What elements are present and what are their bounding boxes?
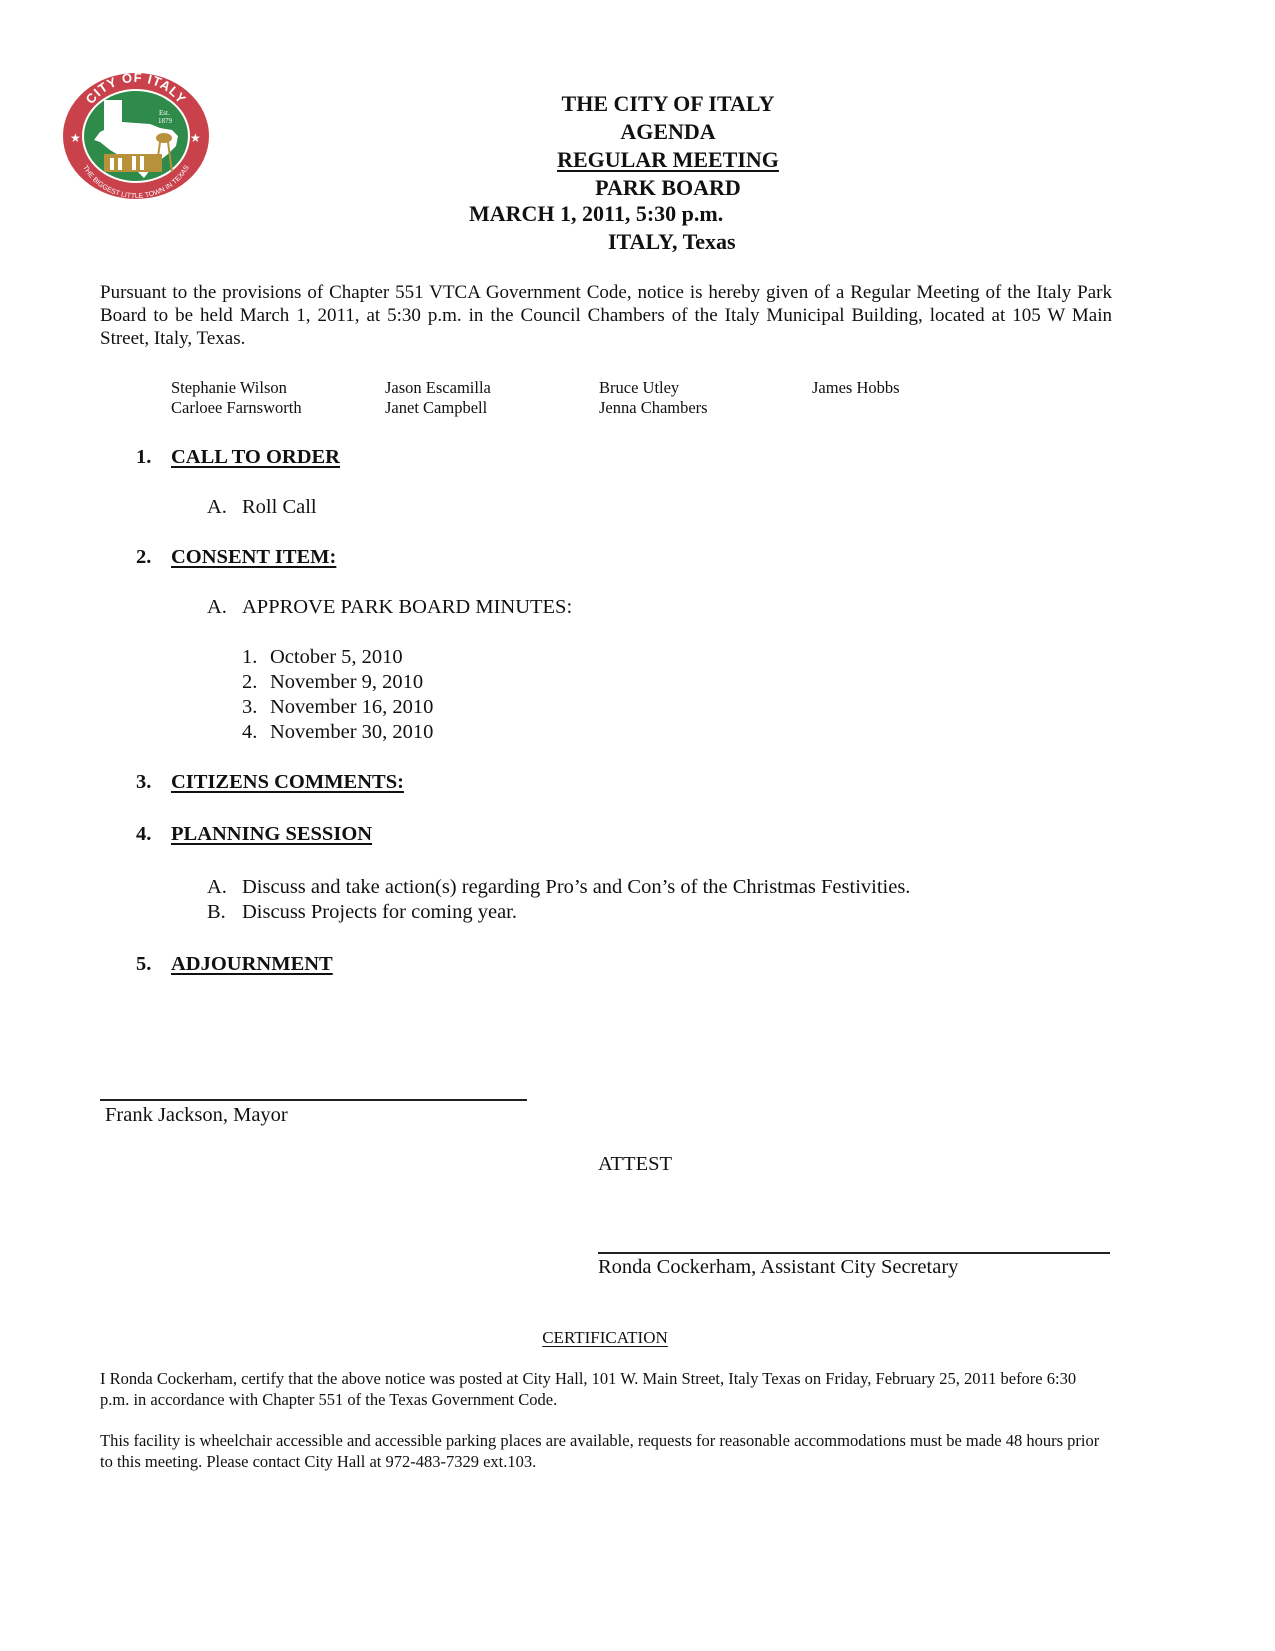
svg-text:Est.: Est. (159, 109, 170, 117)
header-agenda: AGENDA (468, 118, 868, 146)
date-number: 4. (242, 721, 257, 744)
certification-title: CERTIFICATION (405, 1328, 805, 1348)
section-title-consent-item: CONSENT ITEM: (171, 546, 336, 569)
star-icon: ★ (70, 131, 81, 145)
svg-text:1879: 1879 (158, 117, 173, 125)
date-number: 3. (242, 696, 257, 719)
item-letter: A. (207, 496, 227, 519)
attest-label: ATTEST (598, 1153, 672, 1176)
section-number: 5. (136, 953, 151, 976)
certification-text: I Ronda Cockerham, certify that the abov… (100, 1368, 1100, 1410)
item-projects: Discuss Projects for coming year. (242, 901, 517, 924)
header-board: PARK BOARD (468, 174, 868, 202)
item-letter: A. (207, 596, 227, 619)
minutes-date: November 16, 2010 (270, 696, 433, 719)
date-number: 2. (242, 671, 257, 694)
header-location: ITALY, Texas (608, 228, 736, 256)
section-title-citizens-comments: CITIZENS COMMENTS: (171, 771, 404, 794)
accessibility-notice: This facility is wheelchair accessible a… (100, 1430, 1105, 1472)
member-name: Jenna Chambers (599, 398, 708, 418)
section-number: 3. (136, 771, 151, 794)
mayor-signature-line (100, 1099, 527, 1101)
section-title-planning-session: PLANNING SESSION (171, 823, 372, 846)
city-seal-logo: Est. 1879 CITY OF ITALY THE BIGGEST LITT… (60, 70, 212, 202)
header-meeting-type: REGULAR MEETING (468, 146, 868, 174)
minutes-date: November 30, 2010 (270, 721, 433, 744)
star-icon: ★ (190, 131, 201, 145)
item-roll-call: Roll Call (242, 496, 317, 519)
mayor-name: Frank Jackson, Mayor (105, 1104, 288, 1127)
member-name: James Hobbs (812, 378, 900, 398)
secretary-name: Ronda Cockerham, Assistant City Secretar… (598, 1256, 958, 1279)
section-title-call-to-order: CALL TO ORDER (171, 446, 340, 469)
header-city: THE CITY OF ITALY (468, 90, 868, 118)
date-number: 1. (242, 646, 257, 669)
header-date: MARCH 1, 2011, 5:30 p.m. (469, 200, 723, 228)
member-name: Jason Escamilla (385, 378, 491, 398)
item-letter: B. (207, 901, 226, 924)
item-approve-minutes: APPROVE PARK BOARD MINUTES: (242, 596, 572, 619)
member-name: Carloee Farnsworth (171, 398, 302, 418)
member-name: Stephanie Wilson (171, 378, 287, 398)
minutes-date: October 5, 2010 (270, 646, 403, 669)
section-number: 1. (136, 446, 151, 469)
secretary-signature-line (598, 1252, 1110, 1254)
minutes-date: November 9, 2010 (270, 671, 423, 694)
intro-paragraph: Pursuant to the provisions of Chapter 55… (100, 281, 1112, 350)
item-letter: A. (207, 876, 227, 899)
section-number: 2. (136, 546, 151, 569)
member-name: Janet Campbell (385, 398, 487, 418)
section-number: 4. (136, 823, 151, 846)
member-name: Bruce Utley (599, 378, 679, 398)
item-christmas-festivities: Discuss and take action(s) regarding Pro… (242, 876, 910, 899)
section-title-adjournment: ADJOURNMENT (171, 953, 333, 976)
